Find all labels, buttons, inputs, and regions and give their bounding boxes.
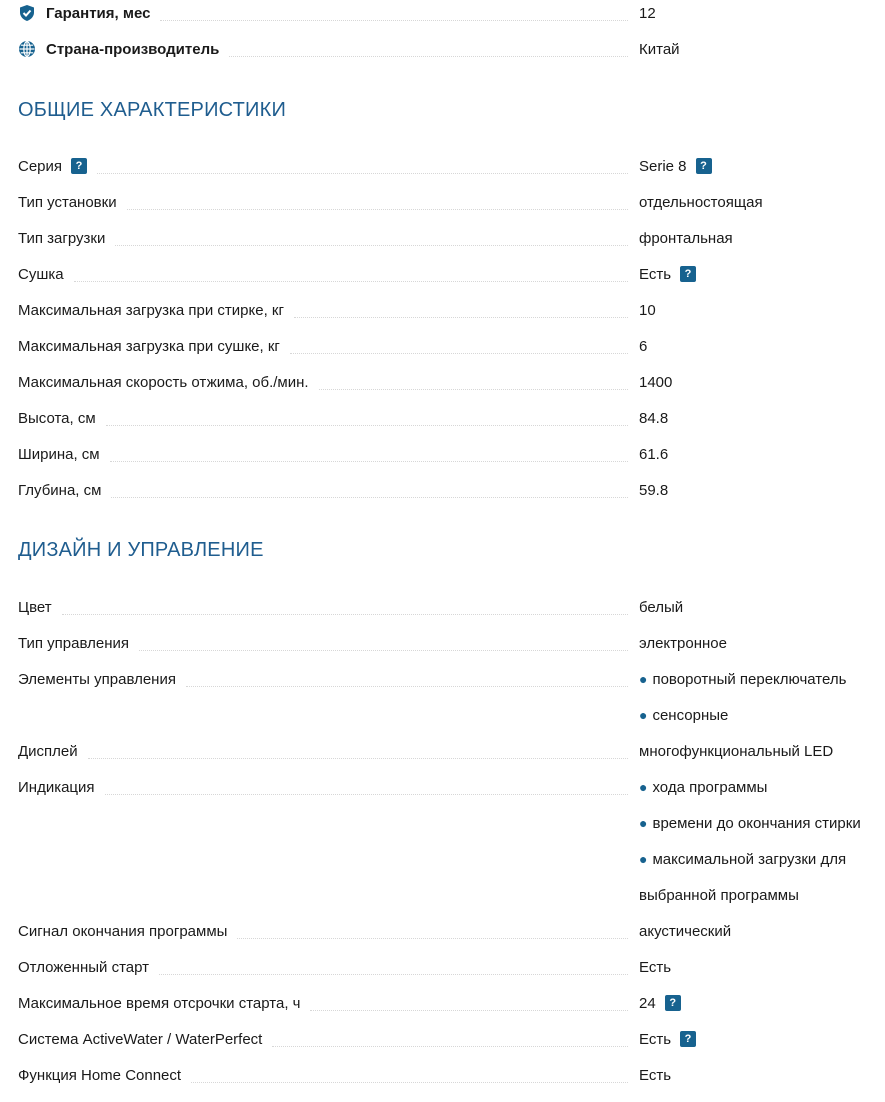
spec-value: электронное xyxy=(639,635,727,652)
bullet-icon: ● xyxy=(639,851,647,867)
shield-check-icon xyxy=(18,4,36,22)
spec-label-text: Тип управления xyxy=(18,635,129,652)
spec-label-text: Система ActiveWater / WaterPerfect xyxy=(18,1031,262,1048)
list-item: сенсорные xyxy=(652,707,728,724)
dotted-leader xyxy=(186,686,628,687)
spec-label: Индикация xyxy=(18,779,628,796)
bullet-icon: ● xyxy=(639,779,647,795)
spec-value-text: 61.6 xyxy=(639,446,668,463)
spec-label-text: Гарантия, мес xyxy=(46,5,150,22)
spec-label: Элементы управления xyxy=(18,671,628,688)
dotted-leader xyxy=(272,1046,628,1047)
section-title: ОБЩИЕ ХАРАКТЕРИСТИКИ xyxy=(18,99,286,122)
spec-label-text: Элементы управления xyxy=(18,671,176,688)
spec-value-text: Китай xyxy=(639,41,680,58)
spec-row: выбранной программы xyxy=(18,877,885,913)
spec-value: ●времени до окончания стирки xyxy=(639,815,861,832)
dotted-leader xyxy=(88,758,628,759)
spec-value: белый xyxy=(639,599,683,616)
dotted-leader xyxy=(237,938,628,939)
spec-label: Сушка xyxy=(18,266,628,283)
dotted-leader xyxy=(191,1082,628,1083)
spec-value: 61.6 xyxy=(639,446,668,463)
dotted-leader xyxy=(115,245,628,246)
spec-label: Тип управления xyxy=(18,635,628,652)
spec-row: Отложенный стартЕсть xyxy=(18,949,885,985)
spec-label: Максимальная загрузка при сушке, кг xyxy=(18,338,628,355)
dotted-leader xyxy=(139,650,628,651)
spec-label-text: Ширина, см xyxy=(18,446,100,463)
spec-row: СушкаЕсть? xyxy=(18,256,885,292)
spec-label-text: Индикация xyxy=(18,779,95,796)
spec-value-text: Есть xyxy=(639,959,671,976)
spec-value-text: многофункциональный LED xyxy=(639,743,833,760)
list-item: хода программы xyxy=(652,779,767,796)
spec-value: ●поворотный переключатель xyxy=(639,671,846,688)
list-item: поворотный переключатель xyxy=(652,671,846,688)
spec-value: Serie 8? xyxy=(639,158,712,175)
dotted-leader xyxy=(229,56,628,57)
dotted-leader xyxy=(159,974,628,975)
spec-row: Максимальная скорость отжима, об./мин.14… xyxy=(18,364,885,400)
spec-value-text: 10 xyxy=(639,302,656,319)
dotted-leader xyxy=(106,425,628,426)
spec-row: Гарантия, мес12 xyxy=(18,0,885,31)
list-item-continuation: выбранной программы xyxy=(639,887,799,904)
spec-label: Функция Home Connect xyxy=(18,1067,628,1084)
spec-row: ●сенсорные xyxy=(18,697,885,733)
spec-value-text: фронтальная xyxy=(639,230,733,247)
spec-row: Максимальное время отсрочки старта, ч24? xyxy=(18,985,885,1021)
globe-icon xyxy=(18,40,36,58)
value-help-icon[interactable]: ? xyxy=(665,995,681,1011)
spec-value-text: 1400 xyxy=(639,374,672,391)
spec-row: ●максимальной загрузки для xyxy=(18,841,885,877)
spec-value: 6 xyxy=(639,338,647,355)
dotted-leader xyxy=(319,389,628,390)
spec-value: акустический xyxy=(639,923,731,940)
spec-label: Глубина, см xyxy=(18,482,628,499)
spec-value-text: 6 xyxy=(639,338,647,355)
spec-row: Система ActiveWater / WaterPerfectЕсть? xyxy=(18,1021,885,1057)
spec-row: Индикация●хода программы xyxy=(18,769,885,805)
spec-value-text: 24 xyxy=(639,995,656,1012)
spec-value-text: 84.8 xyxy=(639,410,668,427)
spec-row: Элементы управления●поворотный переключа… xyxy=(18,661,885,697)
spec-label: Максимальная скорость отжима, об./мин. xyxy=(18,374,628,391)
spec-label-text: Глубина, см xyxy=(18,482,101,499)
dotted-leader xyxy=(97,173,628,174)
value-help-icon[interactable]: ? xyxy=(680,266,696,282)
spec-label: Дисплей xyxy=(18,743,628,760)
spec-row: Ширина, см61.6 xyxy=(18,436,885,472)
spec-row: ●времени до окончания стирки xyxy=(18,805,885,841)
spec-label-text: Максимальная загрузка при стирке, кг xyxy=(18,302,284,319)
spec-row: Максимальная загрузка при стирке, кг10 xyxy=(18,292,885,328)
spec-label: Система ActiveWater / WaterPerfect xyxy=(18,1031,628,1048)
spec-value: 10 xyxy=(639,302,656,319)
spec-row: Тип загрузкифронтальная xyxy=(18,220,885,256)
value-help-icon[interactable]: ? xyxy=(680,1031,696,1047)
spec-label-text: Тип загрузки xyxy=(18,230,105,247)
spec-row: Высота, см84.8 xyxy=(18,400,885,436)
dotted-leader xyxy=(110,461,628,462)
spec-label: Серия? xyxy=(18,158,628,175)
label-help-icon[interactable]: ? xyxy=(71,158,87,174)
spec-label-text: Тип установки xyxy=(18,194,117,211)
spec-value-text: Есть xyxy=(639,1031,671,1048)
spec-label: Максимальное время отсрочки старта, ч xyxy=(18,995,628,1012)
spec-label: Цвет xyxy=(18,599,628,616)
spec-label-text: Отложенный старт xyxy=(18,959,149,976)
spec-value: ●максимальной загрузки для xyxy=(639,851,846,868)
list-item: максимальной загрузки для xyxy=(652,851,846,868)
spec-value: Есть xyxy=(639,1067,671,1084)
spec-row: Дисплеймногофункциональный LED xyxy=(18,733,885,769)
spec-row: Цветбелый xyxy=(18,589,885,625)
spec-label-text: Высота, см xyxy=(18,410,96,427)
bullet-icon: ● xyxy=(639,671,647,687)
dotted-leader xyxy=(74,281,628,282)
spec-value-text: белый xyxy=(639,599,683,616)
dotted-leader xyxy=(62,614,628,615)
dotted-leader xyxy=(160,20,628,21)
spec-value: 84.8 xyxy=(639,410,668,427)
spec-label: Страна-производитель xyxy=(18,40,628,58)
spec-value-text: электронное xyxy=(639,635,727,652)
dotted-leader xyxy=(111,497,628,498)
spec-row: Тип управленияэлектронное xyxy=(18,625,885,661)
spec-label: Ширина, см xyxy=(18,446,628,463)
spec-label-text: Сушка xyxy=(18,266,64,283)
spec-label-text: Функция Home Connect xyxy=(18,1067,181,1084)
dotted-leader xyxy=(310,1010,628,1011)
spec-value: 1400 xyxy=(639,374,672,391)
spec-row: Сигнал окончания программыакустический xyxy=(18,913,885,949)
spec-label: Максимальная загрузка при стирке, кг xyxy=(18,302,628,319)
spec-row: Страна-производительКитай xyxy=(18,31,885,67)
spec-label: Тип установки xyxy=(18,194,628,211)
section-title: ДИЗАЙН И УПРАВЛЕНИЕ xyxy=(18,539,264,562)
spec-row: Максимальная загрузка при сушке, кг6 xyxy=(18,328,885,364)
spec-value: многофункциональный LED xyxy=(639,743,833,760)
spec-row: Серия?Serie 8? xyxy=(18,148,885,184)
spec-row: Функция Home ConnectЕсть xyxy=(18,1057,885,1093)
spec-value-text: 59.8 xyxy=(639,482,668,499)
spec-value-text: отдельностоящая xyxy=(639,194,763,211)
spec-value: Есть xyxy=(639,959,671,976)
dotted-leader xyxy=(127,209,628,210)
spec-value: 12 xyxy=(639,5,656,22)
spec-row: Тип установкиотдельностоящая xyxy=(18,184,885,220)
spec-value-text: Есть xyxy=(639,1067,671,1084)
spec-value: отдельностоящая xyxy=(639,194,763,211)
dotted-leader xyxy=(105,794,628,795)
spec-label: Сигнал окончания программы xyxy=(18,923,628,940)
spec-label-text: Дисплей xyxy=(18,743,78,760)
bullet-icon: ● xyxy=(639,815,647,831)
spec-label-text: Максимальное время отсрочки старта, ч xyxy=(18,995,300,1012)
spec-value-text: Serie 8 xyxy=(639,158,687,175)
spec-value: Есть? xyxy=(639,266,696,283)
spec-label-text: Цвет xyxy=(18,599,52,616)
dotted-leader xyxy=(290,353,628,354)
spec-label: Высота, см xyxy=(18,410,628,427)
spec-value: фронтальная xyxy=(639,230,733,247)
spec-value: выбранной программы xyxy=(639,887,799,904)
spec-row: Глубина, см59.8 xyxy=(18,472,885,508)
bullet-icon: ● xyxy=(639,707,647,723)
spec-label: Гарантия, мес xyxy=(18,4,628,22)
spec-label-text: Страна-производитель xyxy=(46,41,219,58)
spec-label: Отложенный старт xyxy=(18,959,628,976)
spec-value-text: Есть xyxy=(639,266,671,283)
spec-value: 24? xyxy=(639,995,681,1012)
spec-value: 59.8 xyxy=(639,482,668,499)
spec-value: ●сенсорные xyxy=(639,707,728,724)
value-help-icon[interactable]: ? xyxy=(696,158,712,174)
spec-value: ●хода программы xyxy=(639,779,767,796)
spec-label-text: Серия xyxy=(18,158,62,175)
dotted-leader xyxy=(294,317,628,318)
list-item: времени до окончания стирки xyxy=(652,815,860,832)
spec-value: Китай xyxy=(639,41,680,58)
spec-label-text: Сигнал окончания программы xyxy=(18,923,227,940)
spec-label: Тип загрузки xyxy=(18,230,628,247)
spec-label-text: Максимальная скорость отжима, об./мин. xyxy=(18,374,309,391)
spec-label-text: Максимальная загрузка при сушке, кг xyxy=(18,338,280,355)
spec-value-text: 12 xyxy=(639,5,656,22)
spec-value: Есть? xyxy=(639,1031,696,1048)
spec-value-text: акустический xyxy=(639,923,731,940)
